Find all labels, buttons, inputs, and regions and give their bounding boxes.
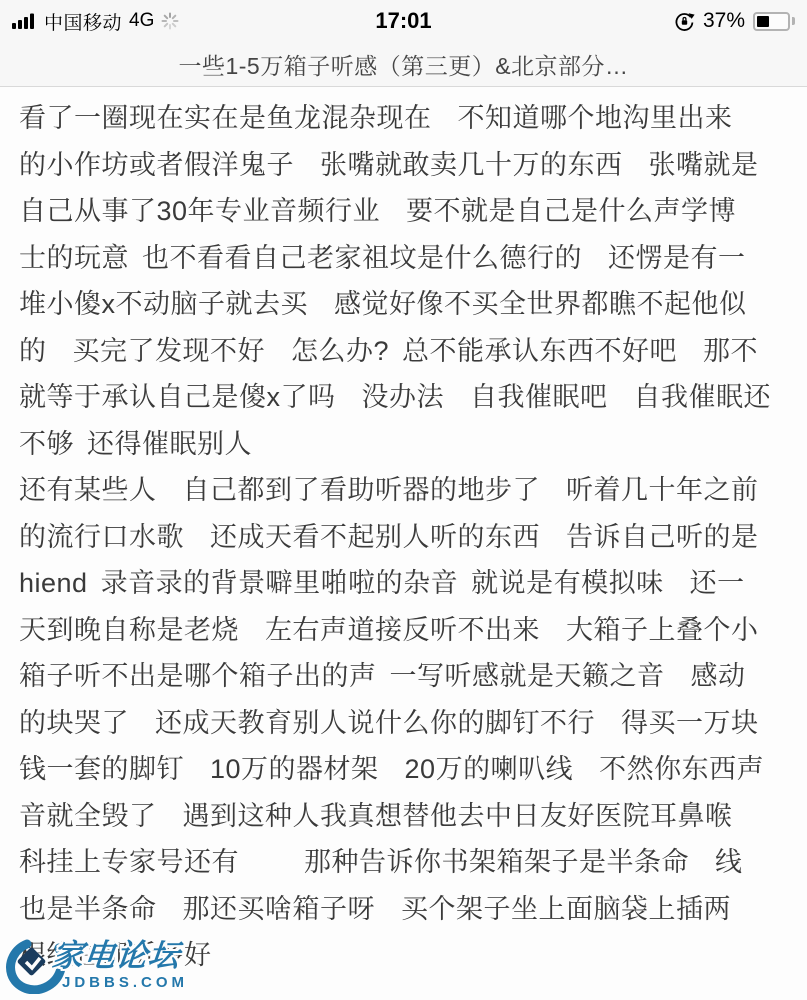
watermark-site-domain: JDBBS.COM (62, 974, 188, 991)
body-text-line: 的小作坊或者假洋鬼子 张嘴就敢卖几十万的东西 张嘴就是 (19, 142, 788, 189)
orientation-lock-icon (674, 11, 695, 32)
site-watermark: 家电论坛 JDBBS.COM (6, 936, 188, 994)
body-text-line: 堆小傻x不动脑子就去买 感觉好像不买全世界都瞧不起他似 (19, 281, 788, 328)
watermark-text: 家电论坛 JDBBS.COM (52, 940, 188, 991)
battery-fill (757, 16, 769, 27)
body-text-line: 箱子听不出是哪个箱子出的声 一写听感就是天籁之音 感动 (19, 653, 788, 700)
body-text-line: 科挂上专家号还有 那种告诉你书架箱架子是半条命 线 (19, 839, 788, 886)
body-text-line: 的 买完了发现不好 怎么办? 总不能承认东西不好吧 那不 (19, 328, 788, 375)
body-text-line: 的块哭了 还成天教育别人说什么你的脚钉不行 得买一万块 (19, 700, 788, 747)
title-bar: 一些1-5万箱子听感（第三更）&北京部分… (0, 42, 807, 86)
watermark-site-name: 家电论坛 (50, 940, 189, 972)
phone-screen: 中国移动 4G 17:01 (0, 0, 807, 1000)
body-text-line: 的流行口水歌 还成天看不起别人听的东西 告诉自己听的是 (19, 514, 788, 561)
battery-percent-label: 37% (703, 9, 745, 33)
body-text-line: hiend 录音录的背景噼里啪啦的杂音 就说是有模拟味 还一 (19, 560, 788, 607)
header: 中国移动 4G 17:01 (0, 0, 807, 87)
status-bar: 中国移动 4G 17:01 (0, 0, 807, 42)
body-text-line: 就等于承认自己是傻x了吗 没办法 自我催眠吧 自我催眠还 (19, 374, 788, 421)
body-text-line: 自己从事了30年专业音频行业 要不就是自己是什么声学博 (19, 188, 788, 235)
body-text-line: 看了一圈现在实在是鱼龙混杂现在 不知道哪个地沟里出来 (19, 95, 788, 142)
body-text-line: 钱一套的脚钉 10万的器材架 20万的喇叭线 不然你东西声 (19, 746, 788, 793)
body-text-line: 士的玩意 也不看看自己老家祖坟是什么德行的 还愣是有一 (19, 235, 788, 282)
battery-icon (753, 12, 790, 31)
body-text-line: 天到晚自称是老烧 左右声道接反听不出来 大箱子上叠个小 (19, 607, 788, 654)
battery-nub (792, 17, 795, 25)
body-text-line: 还有某些人 自己都到了看助听器的地步了 听着几十年之前 (19, 467, 788, 514)
body-text-line: 也是半条命 那还买啥箱子呀 买个架子坐上面脑袋上插两 (19, 886, 788, 933)
status-bar-right: 37% (674, 0, 795, 42)
body-text-line: 不够 还得催眠别人 (19, 421, 788, 468)
body-text-line: 音就全毁了 遇到这种人我真想替他去中日友好医院耳鼻喉 (19, 793, 788, 840)
page-title: 一些1-5万箱子听感（第三更）&北京部分… (178, 48, 628, 81)
post-body[interactable]: 看了一圈现在实在是鱼龙混杂现在 不知道哪个地沟里出来 的小作坊或者假洋鬼子 张嘴… (0, 88, 807, 1000)
